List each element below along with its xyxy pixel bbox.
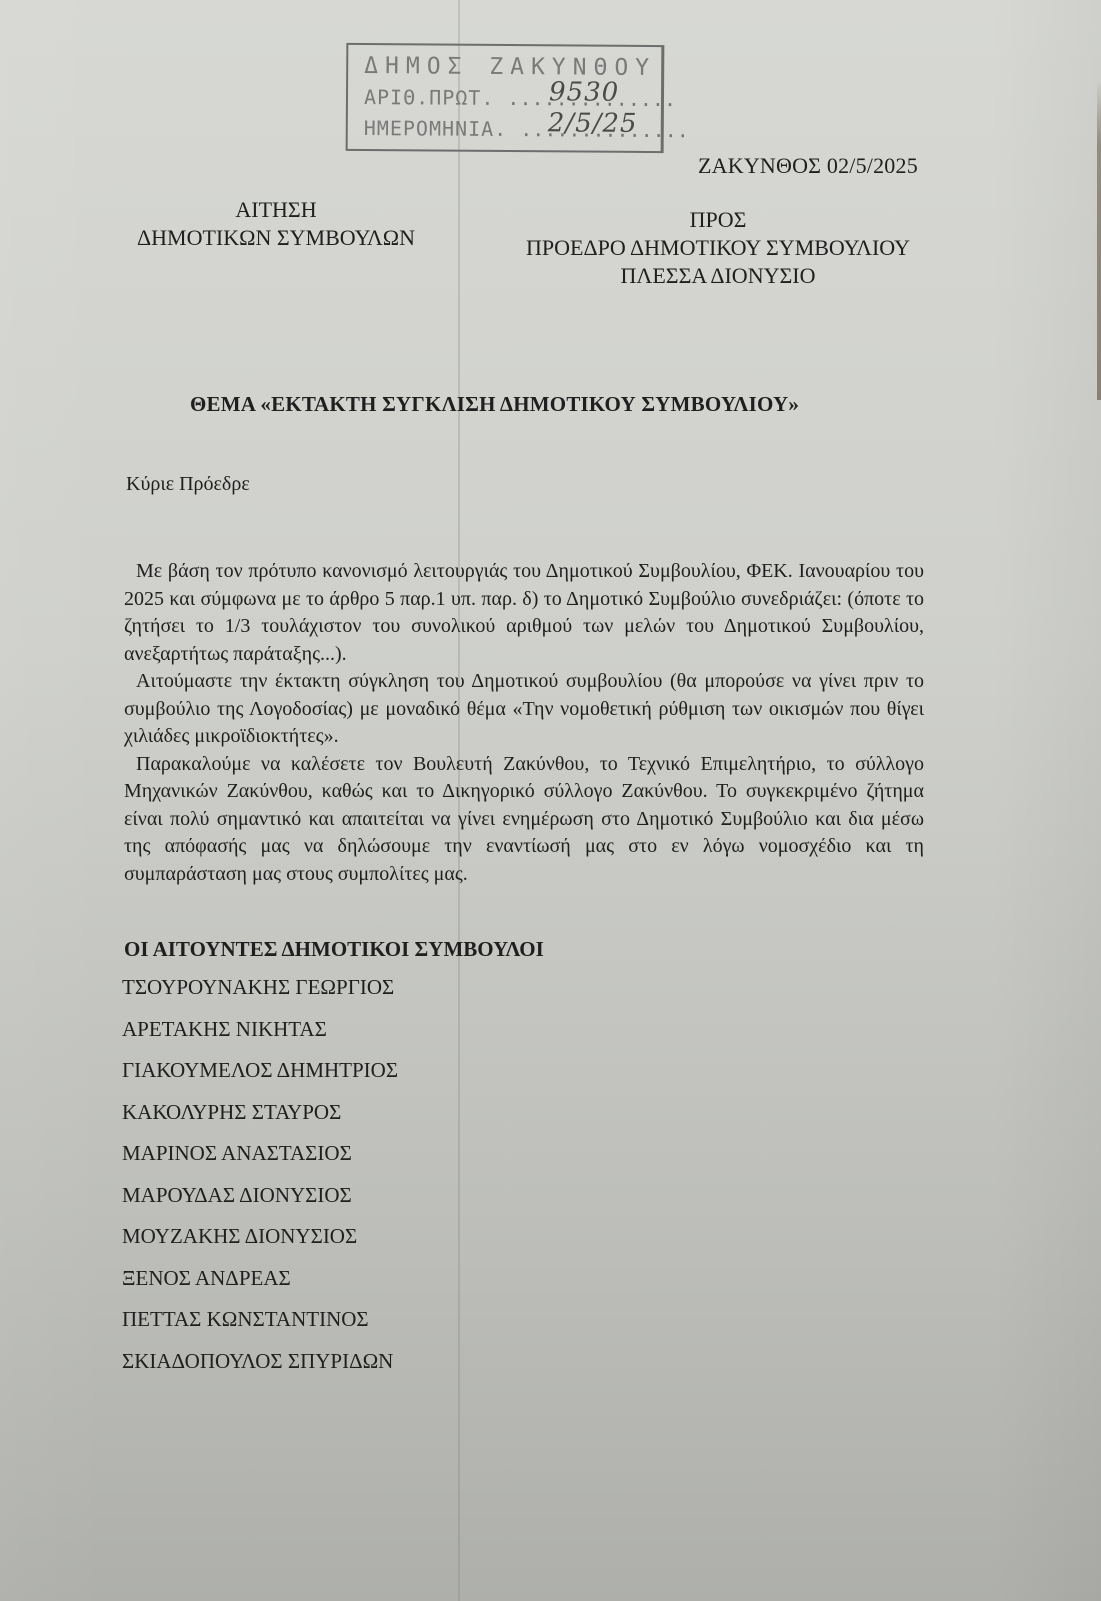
signer-name: ΣΚΙΑΔΟΠΟΥΛΟΣ ΣΠΥΡΙΔΩΝ	[122, 1349, 398, 1391]
signer-name: ΜΟΥΖΑΚΗΣ ΔΙΟΝΥΣΙΟΣ	[122, 1224, 398, 1266]
sender-block: ΑΙΤΗΣΗ ΔΗΜΟΤΙΚΩΝ ΣΥΜΒΟΥΛΩΝ	[126, 196, 426, 252]
stamp-date-row: ΗΜΕΡΟΜΗΝΙΑ. .............. 2/5/25	[364, 113, 651, 146]
signer-name: ΓΙΑΚΟΥΜΕΛΟΣ ΔΗΜΗΤΡΙΟΣ	[122, 1058, 398, 1100]
signer-name: ΞΕΝΟΣ ΑΝΔΡΕΑΣ	[122, 1266, 398, 1308]
protocol-stamp: ΔΗΜΟΣ ΖΑΚΥΝΘΟΥ ΑΡΙΘ.ΠΡΩΤ. ..............…	[346, 43, 665, 153]
salutation: Κύριε Πρόεδρε	[126, 473, 250, 496]
signers-list: ΤΣΟΥΡΟΥΝΑΚΗΣ ΓΕΩΡΓΙΟΣ ΑΡΕΤΑΚΗΣ ΝΙΚΗΤΑΣ Γ…	[122, 975, 398, 1390]
signers-heading: ΟΙ ΑΙΤΟΥΝΤΕΣ ΔΗΜΟΤΙΚΟΙ ΣΥΜΒΟΥΛΟΙ	[124, 937, 544, 962]
sender-doc-type: ΑΙΤΗΣΗ	[126, 196, 426, 224]
stamp-date-value: 2/5/25	[548, 108, 638, 140]
body-paragraph: Αιτούμαστε την έκτακτη σύγκληση του Δημο…	[124, 668, 924, 751]
signer-name: ΜΑΡΙΝΟΣ ΑΝΑΣΤΑΣΙΟΣ	[122, 1141, 398, 1183]
subject-heading: ΘΕΜΑ «ΕΚΤΑΚΤΗ ΣΥΓΚΛΙΣΗ ΔΗΜΟΤΙΚΟΥ ΣΥΜΒΟΥΛ…	[190, 392, 799, 417]
stamp-protocol-label: ΑΡΙΘ.ΠΡΩΤ.	[364, 85, 495, 110]
recipient-name: ΠΛΕΣΣΑ ΔΙΟΝΥΣΙΟ	[508, 262, 928, 290]
signer-name: ΠΕΤΤΑΣ ΚΩΝΣΤΑΝΤΙΝΟΣ	[122, 1307, 398, 1349]
signer-name: ΜΑΡΟΥΔΑΣ ΔΙΟΝΥΣΙΟΣ	[122, 1183, 398, 1225]
recipient-title: ΠΡΟΕΔΡΟ ΔΗΜΟΤΙΚΟΥ ΣΥΜΒΟΥΛΙΟΥ	[508, 234, 928, 262]
signer-name: ΑΡΕΤΑΚΗΣ ΝΙΚΗΤΑΣ	[122, 1017, 398, 1059]
recipient-block: ΠΡΟΣ ΠΡΟΕΔΡΟ ΔΗΜΟΤΙΚΟΥ ΣΥΜΒΟΥΛΙΟΥ ΠΛΕΣΣΑ…	[508, 206, 928, 290]
recipient-prefix: ΠΡΟΣ	[508, 206, 928, 234]
stamp-protocol-number: 9530	[549, 77, 619, 108]
signer-name: ΤΣΟΥΡΟΥΝΑΚΗΣ ΓΕΩΡΓΙΟΣ	[122, 975, 398, 1017]
body-paragraph: Παρακαλούμε να καλέσετε τον Βουλευτή Ζακ…	[124, 751, 924, 889]
letter-body: Με βάση τον πρότυπο κανονισμό λειτουργιά…	[124, 558, 924, 888]
signer-name: ΚΑΚΟΛΥΡΗΣ ΣΤΑΥΡΟΣ	[122, 1100, 398, 1142]
body-paragraph: Με βάση τον πρότυπο κανονισμό λειτουργιά…	[124, 558, 924, 668]
paper-edge-shadow	[1097, 80, 1101, 400]
place-date: ΖΑΚΥΝΘΟΣ 02/5/2025	[698, 153, 918, 179]
sender-name: ΔΗΜΟΤΙΚΩΝ ΣΥΜΒΟΥΛΩΝ	[126, 224, 426, 252]
stamp-date-label: ΗΜΕΡΟΜΗΝΙΑ.	[364, 116, 508, 141]
